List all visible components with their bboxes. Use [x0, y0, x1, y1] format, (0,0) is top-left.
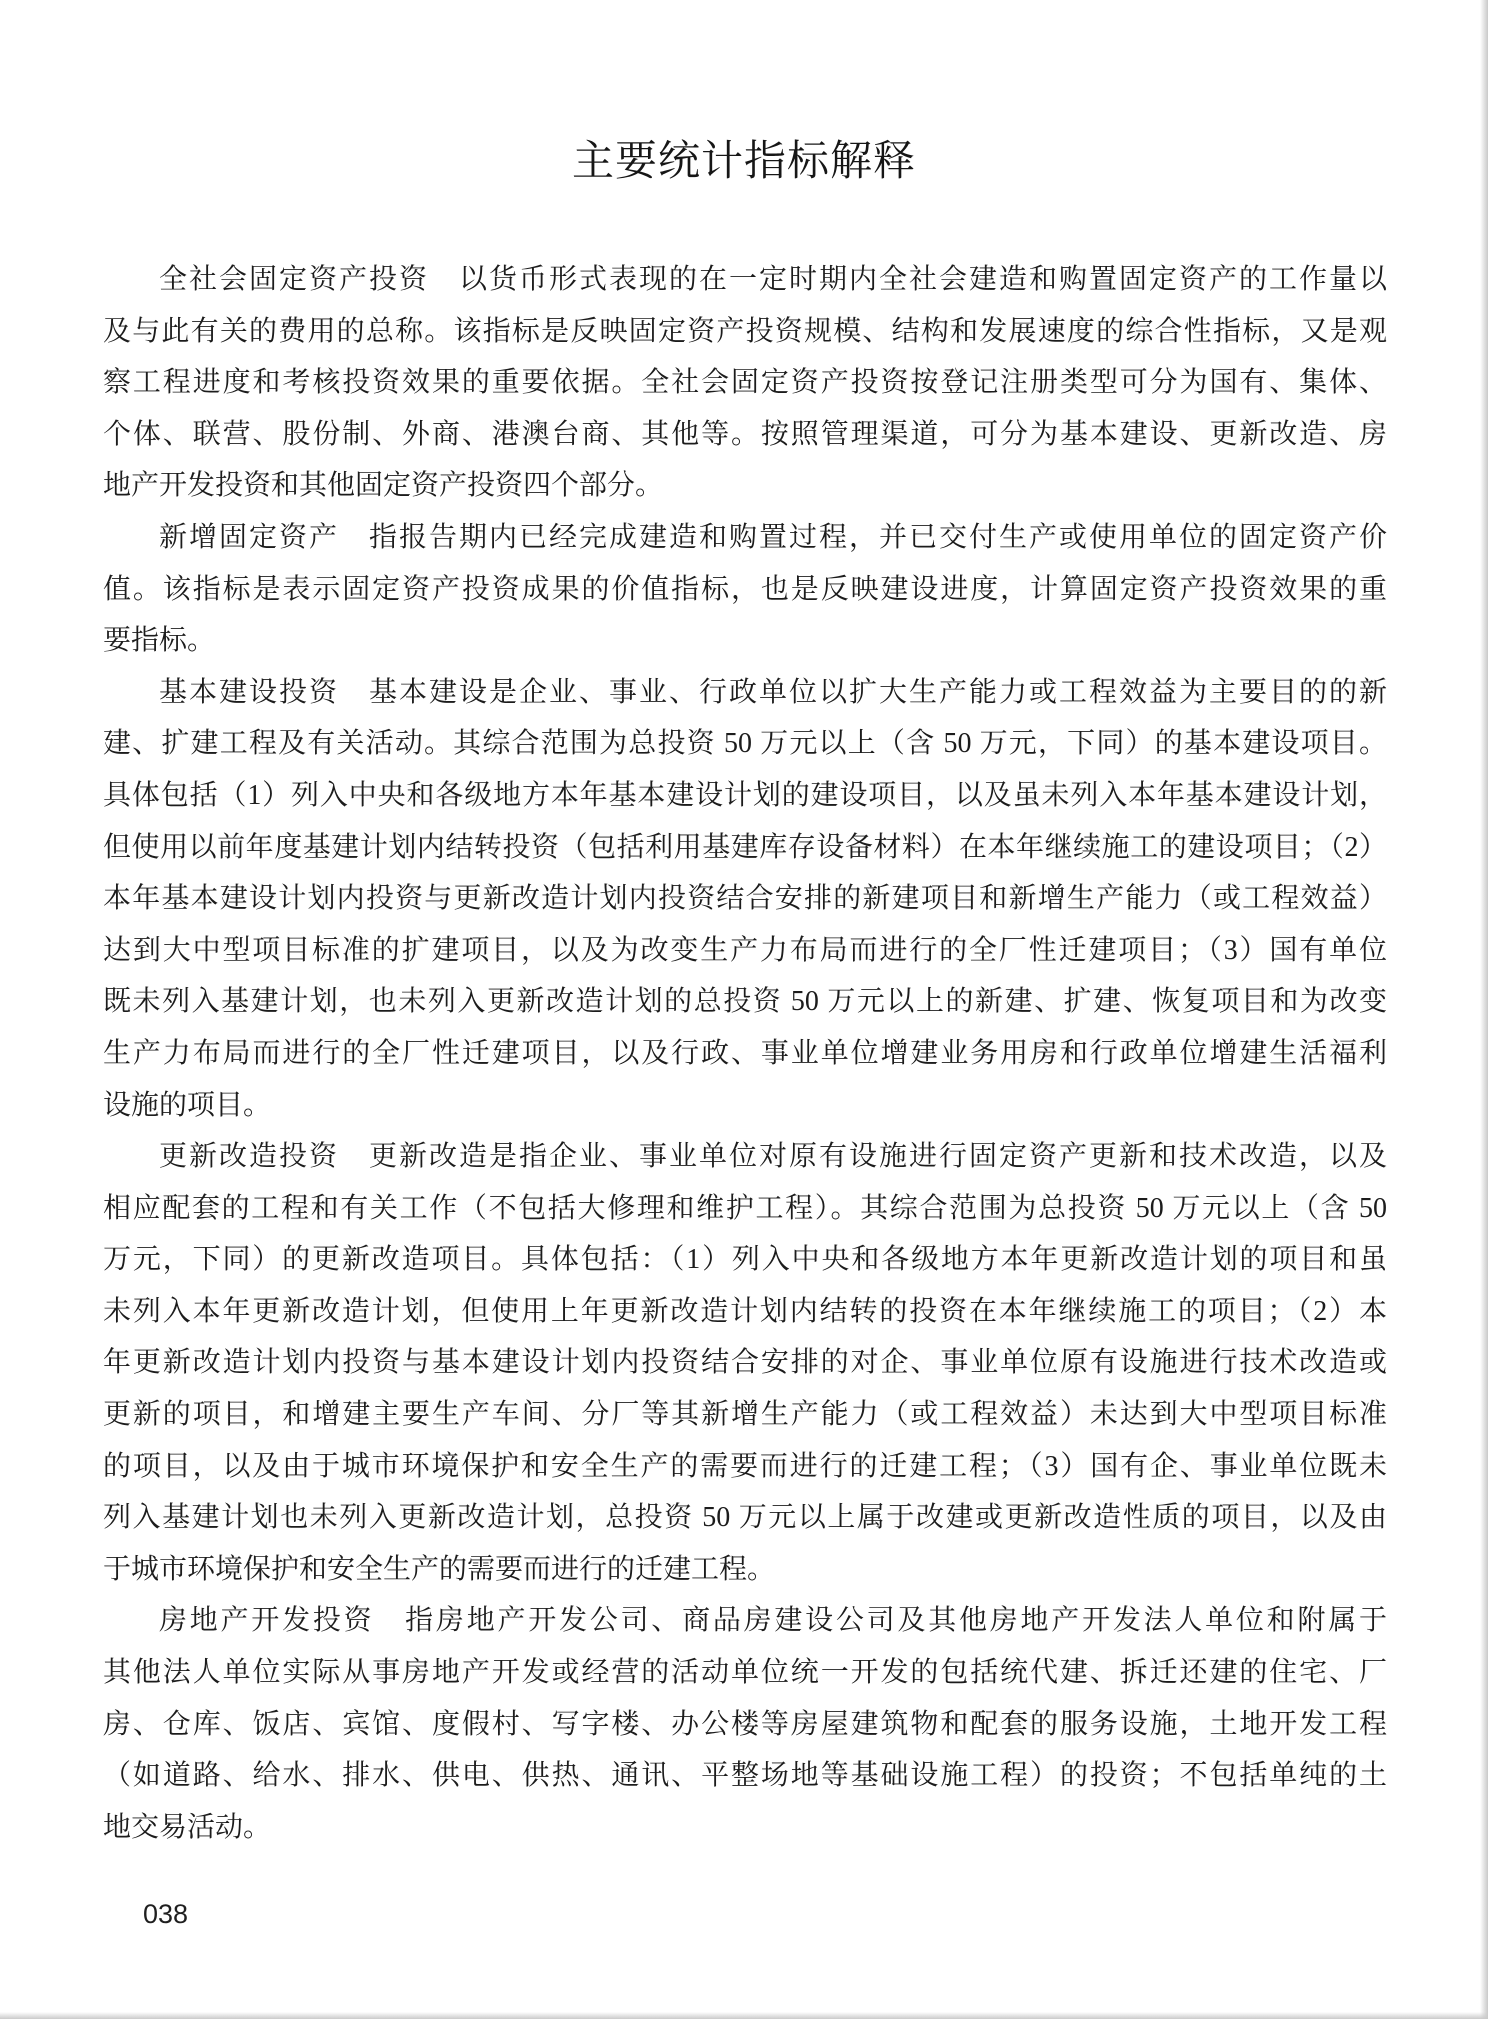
- page-title: 主要统计指标解释: [0, 128, 1488, 188]
- text-line: 设施的项目。: [103, 1080, 1387, 1132]
- text-line: 相应配套的工程和有关工作（不包括大修理和维护工程）。其综合范围为总投资 50 万…: [103, 1183, 1387, 1235]
- text-line: 房地产开发投资 指房地产开发公司、商品房建设公司及其他房地产开发法人单位和附属于: [103, 1595, 1387, 1647]
- text-line: 地产开发投资和其他固定资产投资四个部分。: [103, 460, 1387, 512]
- text-line: 更新的项目，和增建主要生产车间、分厂等其新增生产能力（或工程效益）未达到大中型项…: [103, 1389, 1387, 1441]
- scan-edge-right: [1480, 0, 1488, 2019]
- text-line: （如道路、给水、排水、供电、供热、通讯、平整场地等基础设施工程）的投资；不包括单…: [103, 1750, 1387, 1802]
- text-line: 全社会固定资产投资 以货币形式表现的在一定时期内全社会建造和购置固定资产的工作量…: [103, 254, 1387, 306]
- scan-edge-bottom: [0, 2012, 1488, 2019]
- document-body: 全社会固定资产投资 以货币形式表现的在一定时期内全社会建造和购置固定资产的工作量…: [103, 254, 1387, 1853]
- text-line: 未列入本年更新改造计划，但使用上年更新改造计划内结转的投资在本年继续施工的项目；…: [103, 1286, 1387, 1338]
- text-line: 个体、联营、股份制、外商、港澳台商、其他等。按照管理渠道，可分为基本建设、更新改…: [103, 409, 1387, 461]
- page-number: 038: [143, 1899, 188, 1930]
- text-line: 更新改造投资 更新改造是指企业、事业单位对原有设施进行固定资产更新和技术改造，以…: [103, 1131, 1387, 1183]
- text-line: 具体包括（1）列入中央和各级地方本年基本建设计划的建设项目，以及虽未列入本年基本…: [103, 770, 1387, 822]
- text-line: 要指标。: [103, 615, 1387, 667]
- text-line: 值。该指标是表示固定资产投资成果的价值指标，也是反映建设进度，计算固定资产投资效…: [103, 564, 1387, 616]
- document-page: 主要统计指标解释 全社会固定资产投资 以货币形式表现的在一定时期内全社会建造和购…: [0, 0, 1488, 2019]
- text-line: 察工程进度和考核投资效果的重要依据。全社会固定资产投资按登记注册类型可分为国有、…: [103, 357, 1387, 409]
- text-line: 本年基本建设计划内投资与更新改造计划内投资结合安排的新建项目和新增生产能力（或工…: [103, 873, 1387, 925]
- text-line: 于城市环境保护和安全生产的需要而进行的迁建工程。: [103, 1544, 1387, 1596]
- text-line: 的项目，以及由于城市环境保护和安全生产的需要而进行的迁建工程；（3）国有企、事业…: [103, 1441, 1387, 1493]
- text-line: 但使用以前年度基建计划内结转投资（包括利用基建库存设备材料）在本年继续施工的建设…: [103, 822, 1387, 874]
- text-line: 建、扩建工程及有关活动。其综合范围为总投资 50 万元以上（含 50 万元，下同…: [103, 718, 1387, 770]
- text-line: 基本建设投资 基本建设是企业、事业、行政单位以扩大生产能力或工程效益为主要目的的…: [103, 667, 1387, 719]
- text-line: 达到大中型项目标准的扩建项目，以及为改变生产力布局而进行的全厂性迁建项目；（3）…: [103, 925, 1387, 977]
- text-line: 年更新改造计划内投资与基本建设计划内投资结合安排的对企、事业单位原有设施进行技术…: [103, 1337, 1387, 1389]
- text-line: 生产力布局而进行的全厂性迁建项目，以及行政、事业单位增建业务用房和行政单位增建生…: [103, 1028, 1387, 1080]
- text-line: 其他法人单位实际从事房地产开发或经营的活动单位统一开发的包括统代建、拆迁还建的住…: [103, 1647, 1387, 1699]
- text-line: 既未列入基建计划，也未列入更新改造计划的总投资 50 万元以上的新建、扩建、恢复…: [103, 976, 1387, 1028]
- text-line: 房、仓库、饭店、宾馆、度假村、写字楼、办公楼等房屋建筑物和配套的服务设施，土地开…: [103, 1699, 1387, 1751]
- text-line: 新增固定资产 指报告期内已经完成建造和购置过程，并已交付生产或使用单位的固定资产…: [103, 512, 1387, 564]
- text-line: 及与此有关的费用的总称。该指标是反映固定资产投资规模、结构和发展速度的综合性指标…: [103, 306, 1387, 358]
- text-line: 列入基建计划也未列入更新改造计划，总投资 50 万元以上属于改建或更新改造性质的…: [103, 1492, 1387, 1544]
- text-line: 万元，下同）的更新改造项目。具体包括：（1）列入中央和各级地方本年更新改造计划的…: [103, 1234, 1387, 1286]
- text-line: 地交易活动。: [103, 1802, 1387, 1854]
